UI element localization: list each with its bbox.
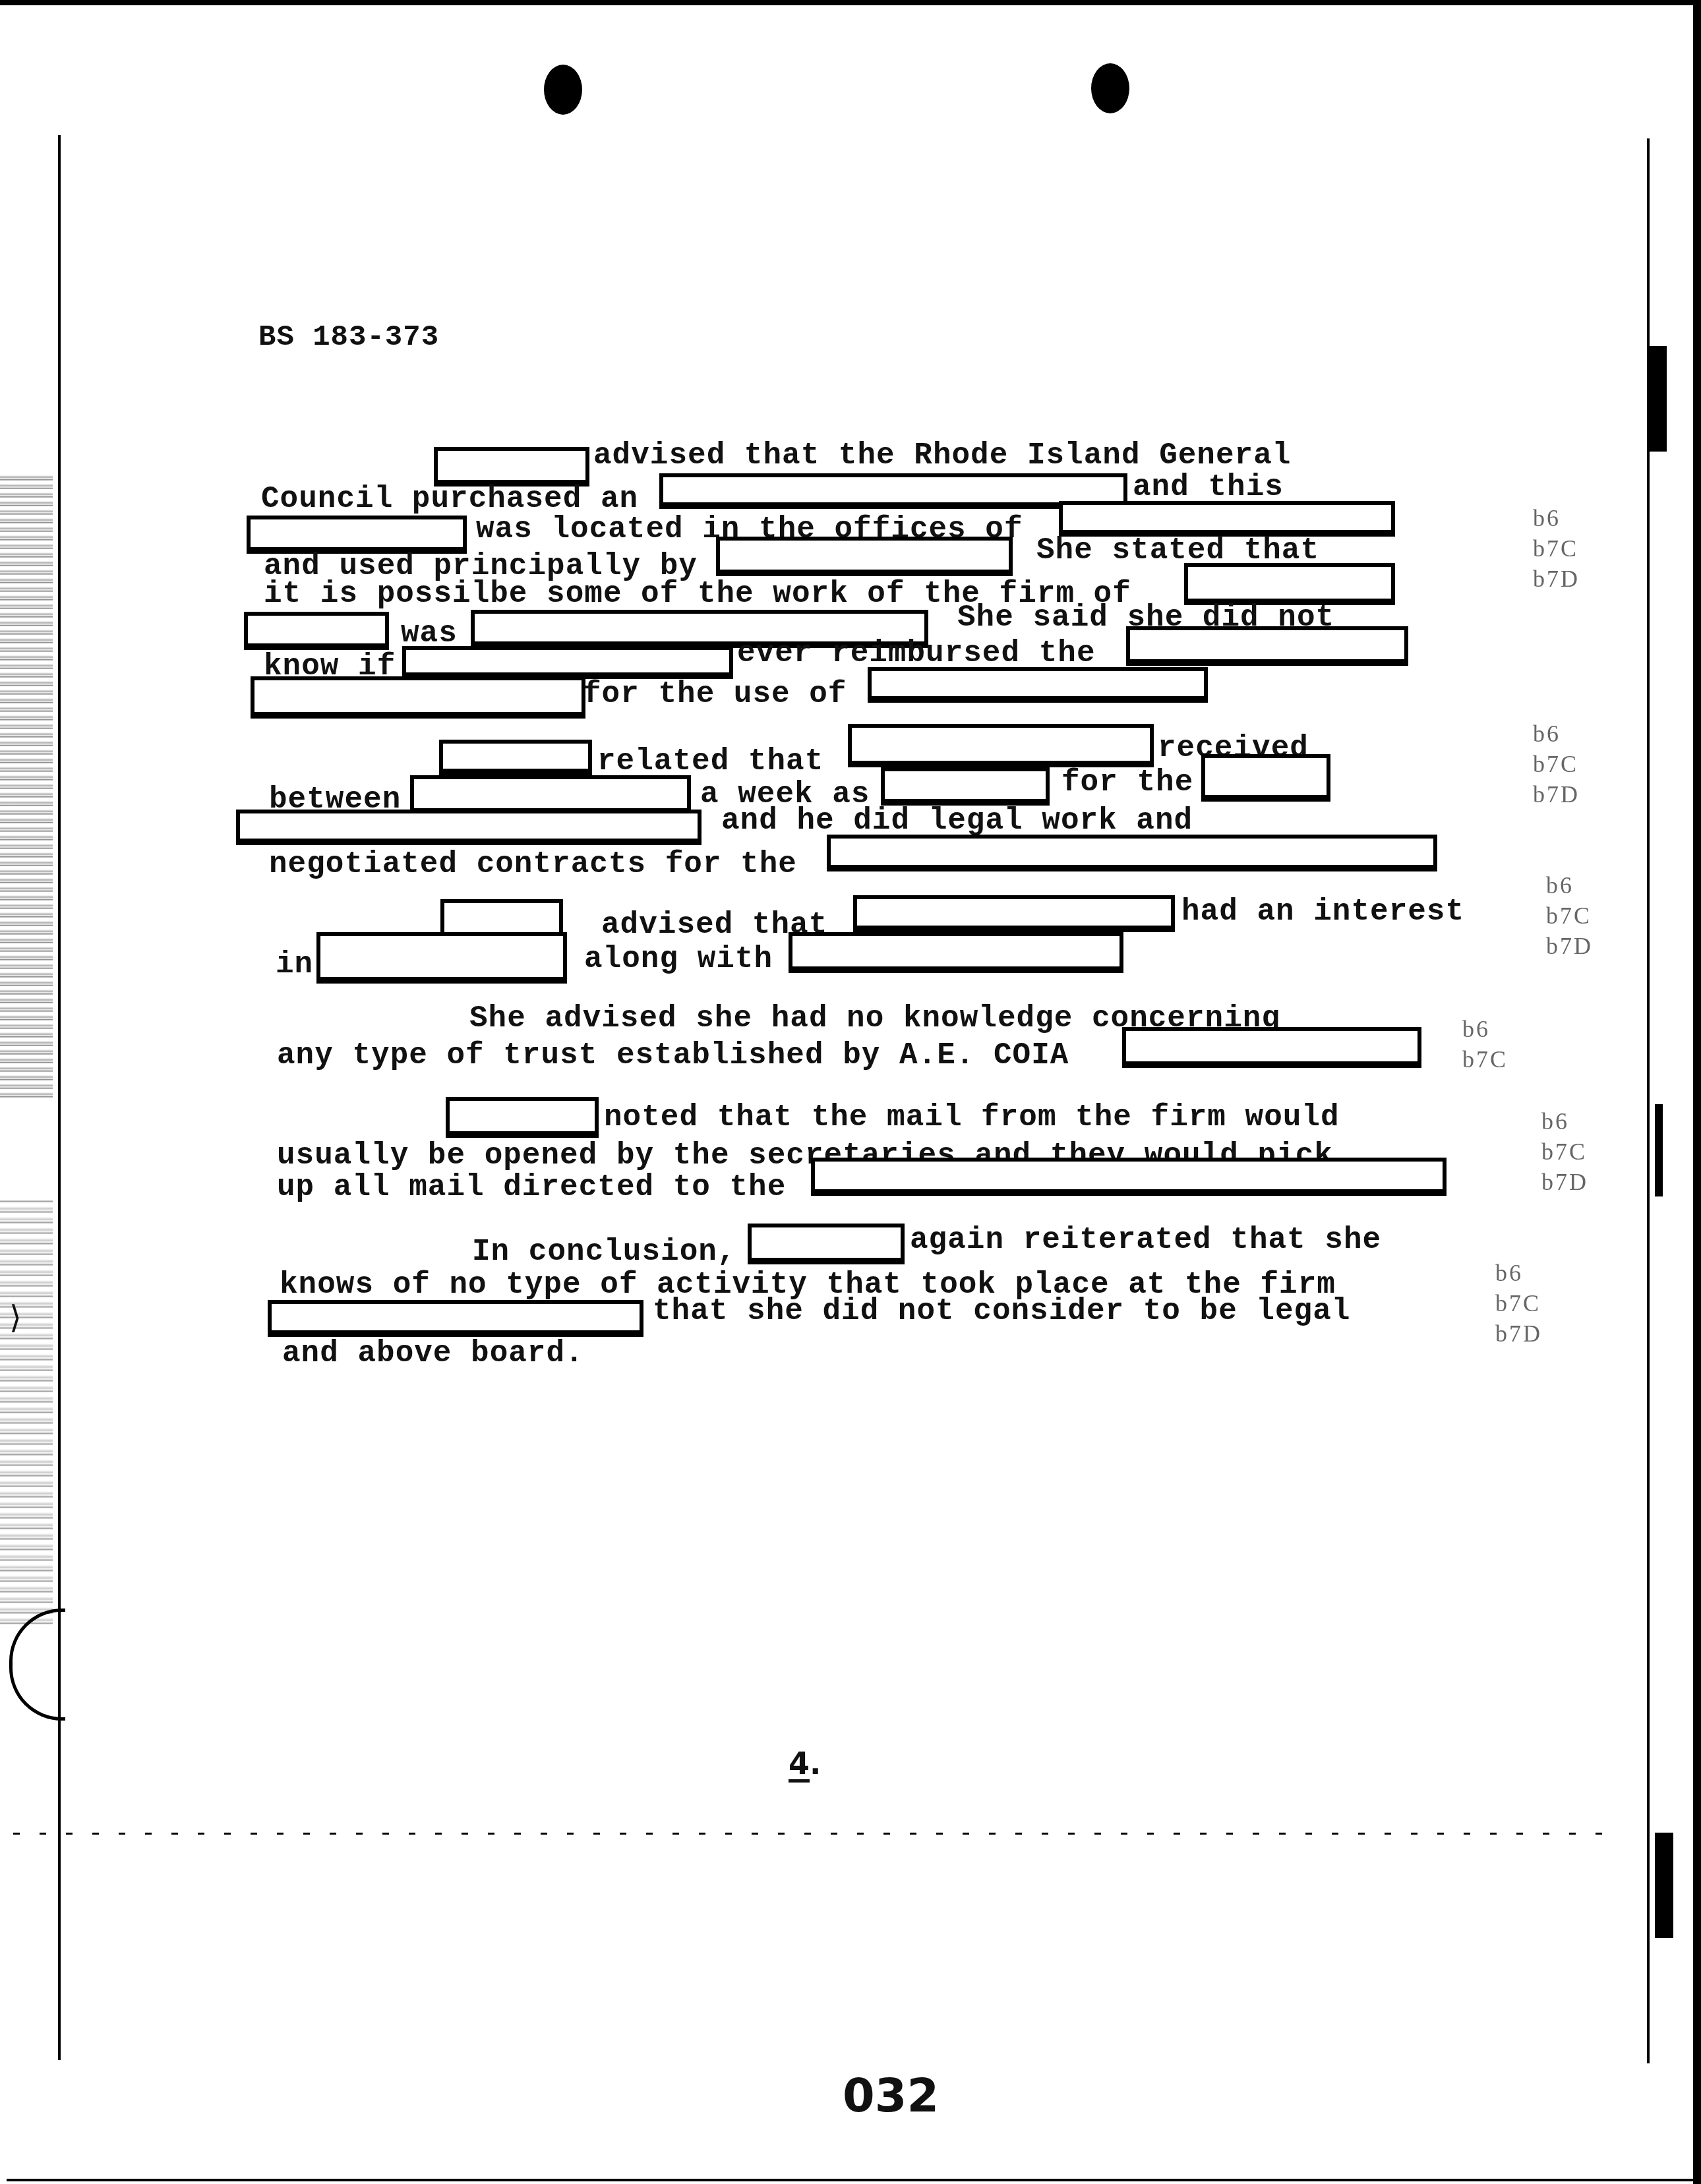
scan-edge-mark <box>1648 346 1667 452</box>
exemption-code: b7C <box>1462 1044 1508 1075</box>
hole-punch-icon <box>544 65 582 115</box>
redaction-box <box>1126 626 1408 666</box>
exemption-code: b7D <box>1546 931 1593 961</box>
redaction-box <box>1059 501 1395 537</box>
redaction-box <box>1201 754 1330 802</box>
scan-border-right <box>1693 0 1701 2184</box>
para1-line7b: ever reimbursed the <box>737 638 1096 668</box>
exemption-code: b7D <box>1495 1318 1542 1349</box>
exemption-code: b7C <box>1533 533 1580 564</box>
para1-line2a: Council purchased an <box>261 484 638 514</box>
redaction-box <box>881 767 1050 806</box>
exemption-codes-4: b6 b7C <box>1462 1014 1508 1075</box>
redaction-box <box>1184 563 1395 605</box>
para1-line8: for the use of <box>583 679 847 709</box>
para1-line4b: She stated that <box>1036 535 1319 566</box>
para4-line2: any type of trust established by A.E. CO… <box>277 1040 1069 1071</box>
redaction-box <box>434 447 589 487</box>
redaction-box <box>402 646 733 679</box>
para5-line1: noted that the mail from the firm would <box>604 1102 1340 1133</box>
exemption-code: b7D <box>1533 564 1580 594</box>
exemption-codes-2: b6 b7C b7D <box>1533 719 1580 810</box>
fold-line <box>13 1833 1609 1835</box>
scan-border-bottom <box>7 2179 1694 2181</box>
para6-line1b: again reiterated that she <box>910 1225 1381 1255</box>
exemption-code: b7D <box>1533 779 1580 810</box>
file-number: BS 183-373 <box>258 323 439 352</box>
exemption-code: b6 <box>1533 719 1580 749</box>
redaction-box <box>811 1158 1447 1196</box>
para2-line4: negotiated contracts for the <box>269 849 797 879</box>
exemption-codes-3: b6 b7C b7D <box>1546 870 1593 961</box>
exemption-code: b6 <box>1462 1014 1508 1044</box>
exemption-code: b6 <box>1546 870 1593 900</box>
para1-line1: advised that the Rhode Island General <box>593 440 1291 471</box>
exemption-codes-5: b6 b7C b7D <box>1541 1106 1588 1197</box>
redaction-box <box>827 835 1437 871</box>
exemption-code: b6 <box>1541 1106 1588 1136</box>
para3-line2b: along with <box>584 944 773 974</box>
redaction-box <box>446 1097 599 1138</box>
page-number: 4. <box>789 1746 821 1781</box>
exemption-code: b6 <box>1495 1258 1542 1288</box>
redaction-box <box>268 1300 643 1337</box>
exemption-code: b7D <box>1541 1167 1588 1197</box>
redaction-box <box>316 932 567 984</box>
redaction-box <box>439 740 592 775</box>
para5-line3: up all mail directed to the <box>277 1172 786 1202</box>
scanned-document-page: ⟩ BS 183-373 advised that the Rhode Isla… <box>0 0 1701 2184</box>
para6-line1a: In conclusion, <box>472 1237 736 1267</box>
scan-edge-mark <box>1655 1104 1663 1196</box>
binding-clip-icon: ⟩ <box>9 1302 22 1334</box>
para3-line1b: had an interest <box>1181 897 1464 927</box>
binding-margin-noise <box>0 475 53 1101</box>
para2-line3: and he did legal work and <box>721 806 1193 836</box>
para6-line4: and above board. <box>282 1338 584 1369</box>
redaction-box <box>853 895 1175 932</box>
scan-edge-mark <box>1655 1833 1673 1938</box>
redaction-box <box>1122 1027 1421 1068</box>
redaction-box <box>789 932 1123 973</box>
redaction-box <box>410 775 691 815</box>
scan-border-top <box>0 0 1701 5</box>
redaction-box <box>244 612 389 650</box>
page-edge-left <box>58 135 61 2060</box>
redaction-box <box>748 1224 905 1264</box>
exemption-codes-6: b6 b7C b7D <box>1495 1258 1542 1349</box>
redaction-box <box>848 724 1154 767</box>
para2-line2c: for the <box>1061 767 1193 798</box>
serial-number: 032 <box>843 2069 939 2123</box>
exemption-code: b6 <box>1533 503 1580 533</box>
redaction-box <box>236 810 701 845</box>
exemption-codes-1: b6 b7C b7D <box>1533 503 1580 594</box>
para2-line1a: related that <box>597 746 823 777</box>
exemption-code: b7C <box>1541 1136 1588 1167</box>
redaction-box <box>868 667 1208 703</box>
redaction-box <box>716 537 1013 576</box>
exemption-code: b7C <box>1533 749 1580 779</box>
redaction-box <box>659 473 1127 509</box>
exemption-code: b7C <box>1546 900 1593 931</box>
redaction-box <box>251 676 585 719</box>
redaction-box <box>247 516 467 554</box>
hole-punch-icon <box>1091 63 1129 113</box>
para6-line3: that she did not consider to be legal <box>653 1296 1350 1326</box>
para1-line6a: was <box>401 618 458 649</box>
para3-line2a: in <box>276 949 313 980</box>
para1-line2b: and this <box>1133 472 1284 502</box>
binding-margin-noise <box>0 1200 53 1628</box>
exemption-code: b7C <box>1495 1288 1542 1318</box>
